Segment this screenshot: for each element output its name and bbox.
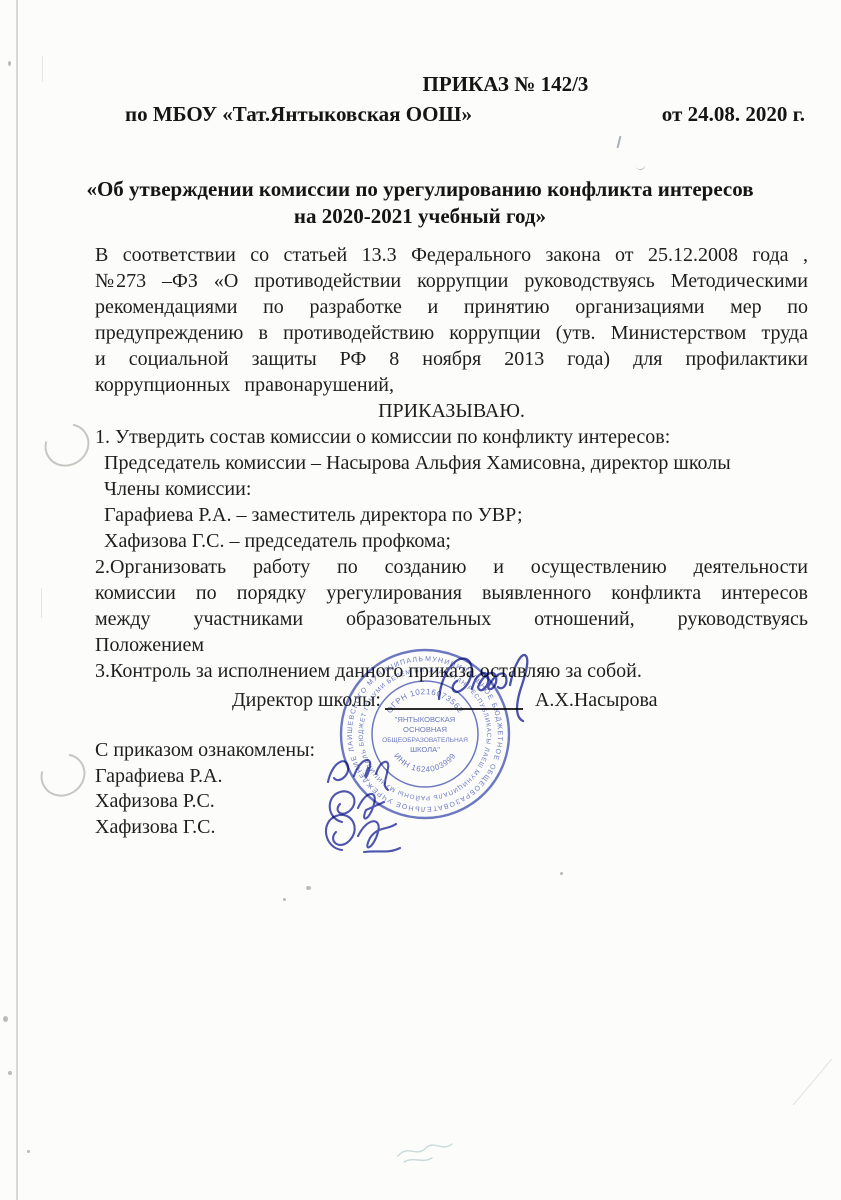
- scan-speck: [3, 1016, 8, 1022]
- acknowledgement-signature-3: [308, 804, 408, 860]
- order-subject-title: «Об утверждении комиссии по урегулирован…: [40, 176, 800, 230]
- hole-punch-mark: [32, 745, 93, 805]
- stamp-center-line3: ОБЩЕОБРАЗОВАТЕЛЬНАЯ: [382, 737, 468, 744]
- hole-punch-mark: [36, 415, 97, 475]
- preamble-paragraph: В соответствии со статьей 13.3 Федеральн…: [95, 242, 808, 398]
- acknowledgement-heading: С приказом ознакомлены:: [95, 738, 315, 764]
- stamp-inn-text: ИНН 1624003999: [392, 751, 458, 774]
- scan-crease-mark: [41, 588, 42, 618]
- scan-page-edge-line: [16, 0, 18, 1200]
- scan-speck: [283, 898, 286, 901]
- order-subject-line2: на 2020-2021 учебный год»: [40, 203, 800, 230]
- order-title: ПРИКАЗ № 142/3: [0, 72, 841, 97]
- order-body: В соответствии со статьей 13.3 Федеральн…: [95, 242, 808, 684]
- scan-speck: [8, 1071, 12, 1075]
- commission-member-2: Хафизова Г.С. – председатель профкома;: [95, 528, 808, 554]
- order-subject-line1: «Об утверждении комиссии по урегулирован…: [40, 176, 800, 203]
- order-subheader-row: по МБОУ «Тат.Янтыковская ООШ» от 24.08. …: [0, 102, 841, 127]
- commission-members-label: Члены комиссии:: [95, 476, 808, 502]
- acknowledgement-block: С приказом ознакомлены: Гарафиева Р.А. Х…: [95, 738, 315, 840]
- scan-speck: [306, 886, 311, 890]
- scan-speck: [560, 872, 563, 875]
- scan-faint-scribble: [392, 1122, 467, 1172]
- order-item-1: 1. Утвердить состав комиссии о комиссии …: [95, 424, 808, 450]
- acknowledgement-name-2: Хафизова Р.С.: [95, 789, 315, 815]
- acknowledgement-name-1: Гарафиева Р.А.: [95, 764, 315, 790]
- scan-speck: [27, 1150, 30, 1153]
- commission-member-1: Гарафиева Р.А. – заместитель директора п…: [95, 502, 808, 528]
- resolution-heading: ПРИКАЗЫВАЮ.: [95, 398, 808, 424]
- scan-ink-squiggle: [635, 160, 646, 171]
- scan-speck: [8, 61, 11, 66]
- acknowledgement-name-3: Хафизова Г.С.: [95, 815, 315, 841]
- stamp-center-line4: ШКОЛА": [410, 745, 440, 754]
- scan-ink-dash: [617, 136, 622, 148]
- commission-chairman-line: Председатель комиссии – Насырова Альфия …: [95, 450, 808, 476]
- scan-fold-line: [793, 1059, 832, 1106]
- order-date: от 24.08. 2020 г.: [662, 102, 805, 127]
- scanned-order-page: ПРИКАЗ № 142/3 по МБОУ «Тат.Янтыковская …: [0, 0, 841, 1200]
- svg-text:ИНН 1624003999: ИНН 1624003999: [392, 751, 458, 774]
- organization-name: по МБОУ «Тат.Янтыковская ООШ»: [125, 102, 472, 127]
- director-handwritten-signature: [425, 643, 560, 735]
